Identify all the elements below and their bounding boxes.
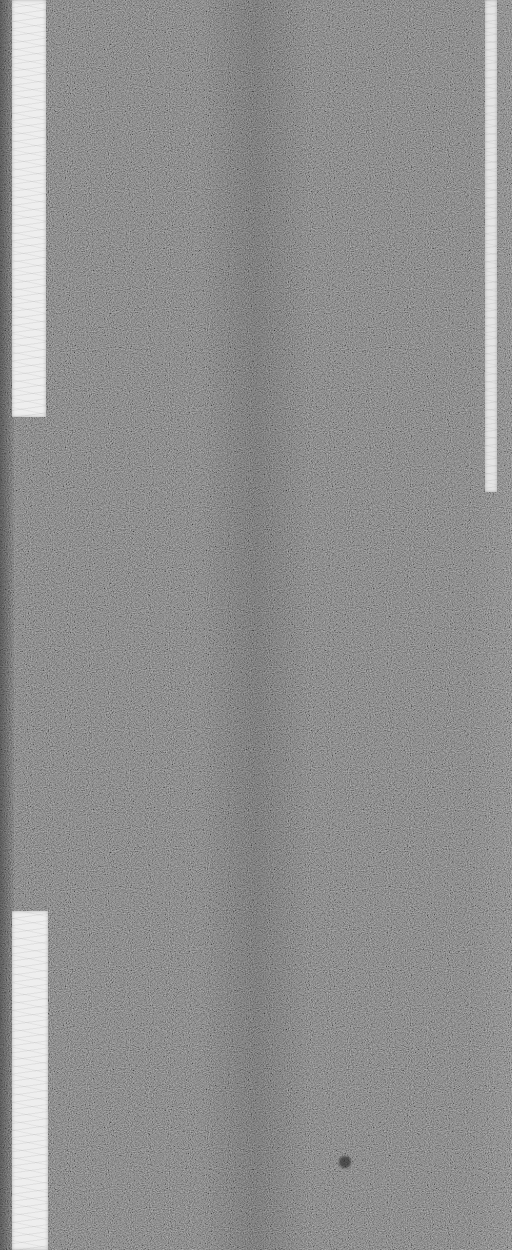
road-surface-photo (0, 0, 512, 1250)
road-center-wear-band (200, 0, 310, 1250)
dashed-lane-marking-bottom (12, 911, 48, 1250)
solid-edge-line-right (485, 0, 497, 492)
asphalt-stain (339, 1156, 351, 1168)
dashed-lane-marking-top (12, 0, 46, 417)
